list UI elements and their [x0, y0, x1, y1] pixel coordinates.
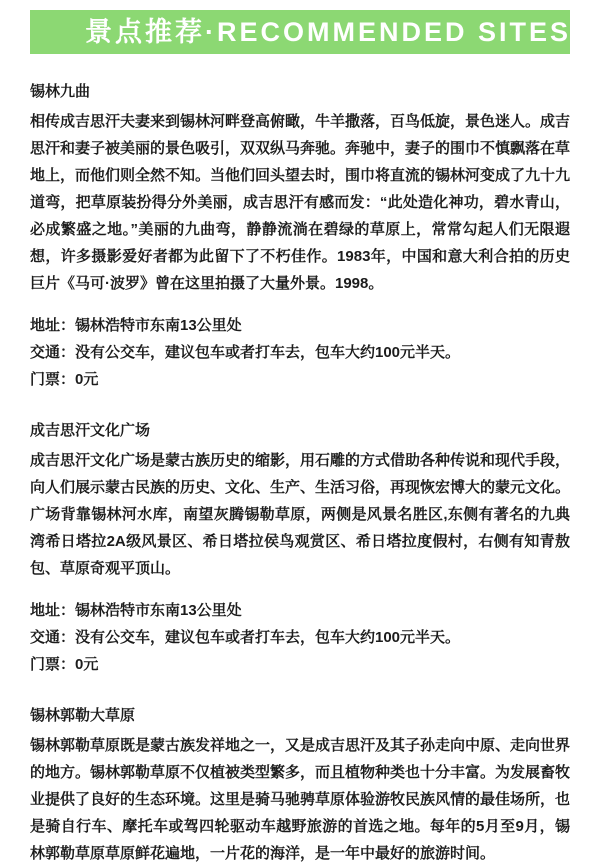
- site-section-xilingol-grassland: 锡林郭勒大草原 锡林郭勒草原既是蒙古族发祥地之一，又是成吉思汗及其子孙走向中原、…: [30, 702, 570, 867]
- site-section-xilin-jiuqu: 锡林九曲 相传成吉思汗夫妻来到锡林河畔登高俯瞰，牛羊撒落，百鸟低旋，景色迷人。成…: [30, 78, 570, 393]
- info-line-ticket: 门票：0元: [30, 651, 570, 678]
- recommended-sites-page: 景点推荐·RECOMMENDED SITES 锡林九曲 相传成吉思汗夫妻来到锡林…: [0, 10, 598, 867]
- info-line-ticket: 门票：0元: [30, 366, 570, 393]
- info-line-address: 地址：锡林浩特市东南13公里处: [30, 312, 570, 339]
- info-line-transport: 交通：没有公交车，建议包车或者打车去，包车大约100元半天。: [30, 339, 570, 366]
- site-section-genghis-khan-square: 成吉思汗文化广场 成吉思汗文化广场是蒙古族历史的缩影，用石雕的方式借助各种传说和…: [30, 417, 570, 678]
- page-content: 锡林九曲 相传成吉思汗夫妻来到锡林河畔登高俯瞰，牛羊撒落，百鸟低旋，景色迷人。成…: [30, 78, 570, 867]
- site-info-block: 地址：锡林浩特市东南13公里处 交通：没有公交车，建议包车或者打车去，包车大约1…: [30, 597, 570, 678]
- site-name: 锡林九曲: [30, 78, 570, 105]
- site-description: 成吉思汗文化广场是蒙古族历史的缩影，用石雕的方式借助各种传说和现代手段，向人们展…: [30, 447, 570, 582]
- site-description: 锡林郭勒草原既是蒙古族发祥地之一，又是成吉思汗及其子孙走向中原、走向世界的地方。…: [30, 732, 570, 867]
- page-title: 景点推荐·RECOMMENDED SITES: [85, 19, 571, 46]
- section-header-banner: 景点推荐·RECOMMENDED SITES: [30, 10, 570, 54]
- site-info-block: 地址：锡林浩特市东南13公里处 交通：没有公交车，建议包车或者打车去，包车大约1…: [30, 312, 570, 393]
- site-name: 锡林郭勒大草原: [30, 702, 570, 729]
- site-description: 相传成吉思汗夫妻来到锡林河畔登高俯瞰，牛羊撒落，百鸟低旋，景色迷人。成吉思汗和妻…: [30, 108, 570, 297]
- info-line-address: 地址：锡林浩特市东南13公里处: [30, 597, 570, 624]
- site-name: 成吉思汗文化广场: [30, 417, 570, 444]
- info-line-transport: 交通：没有公交车，建议包车或者打车去，包车大约100元半天。: [30, 624, 570, 651]
